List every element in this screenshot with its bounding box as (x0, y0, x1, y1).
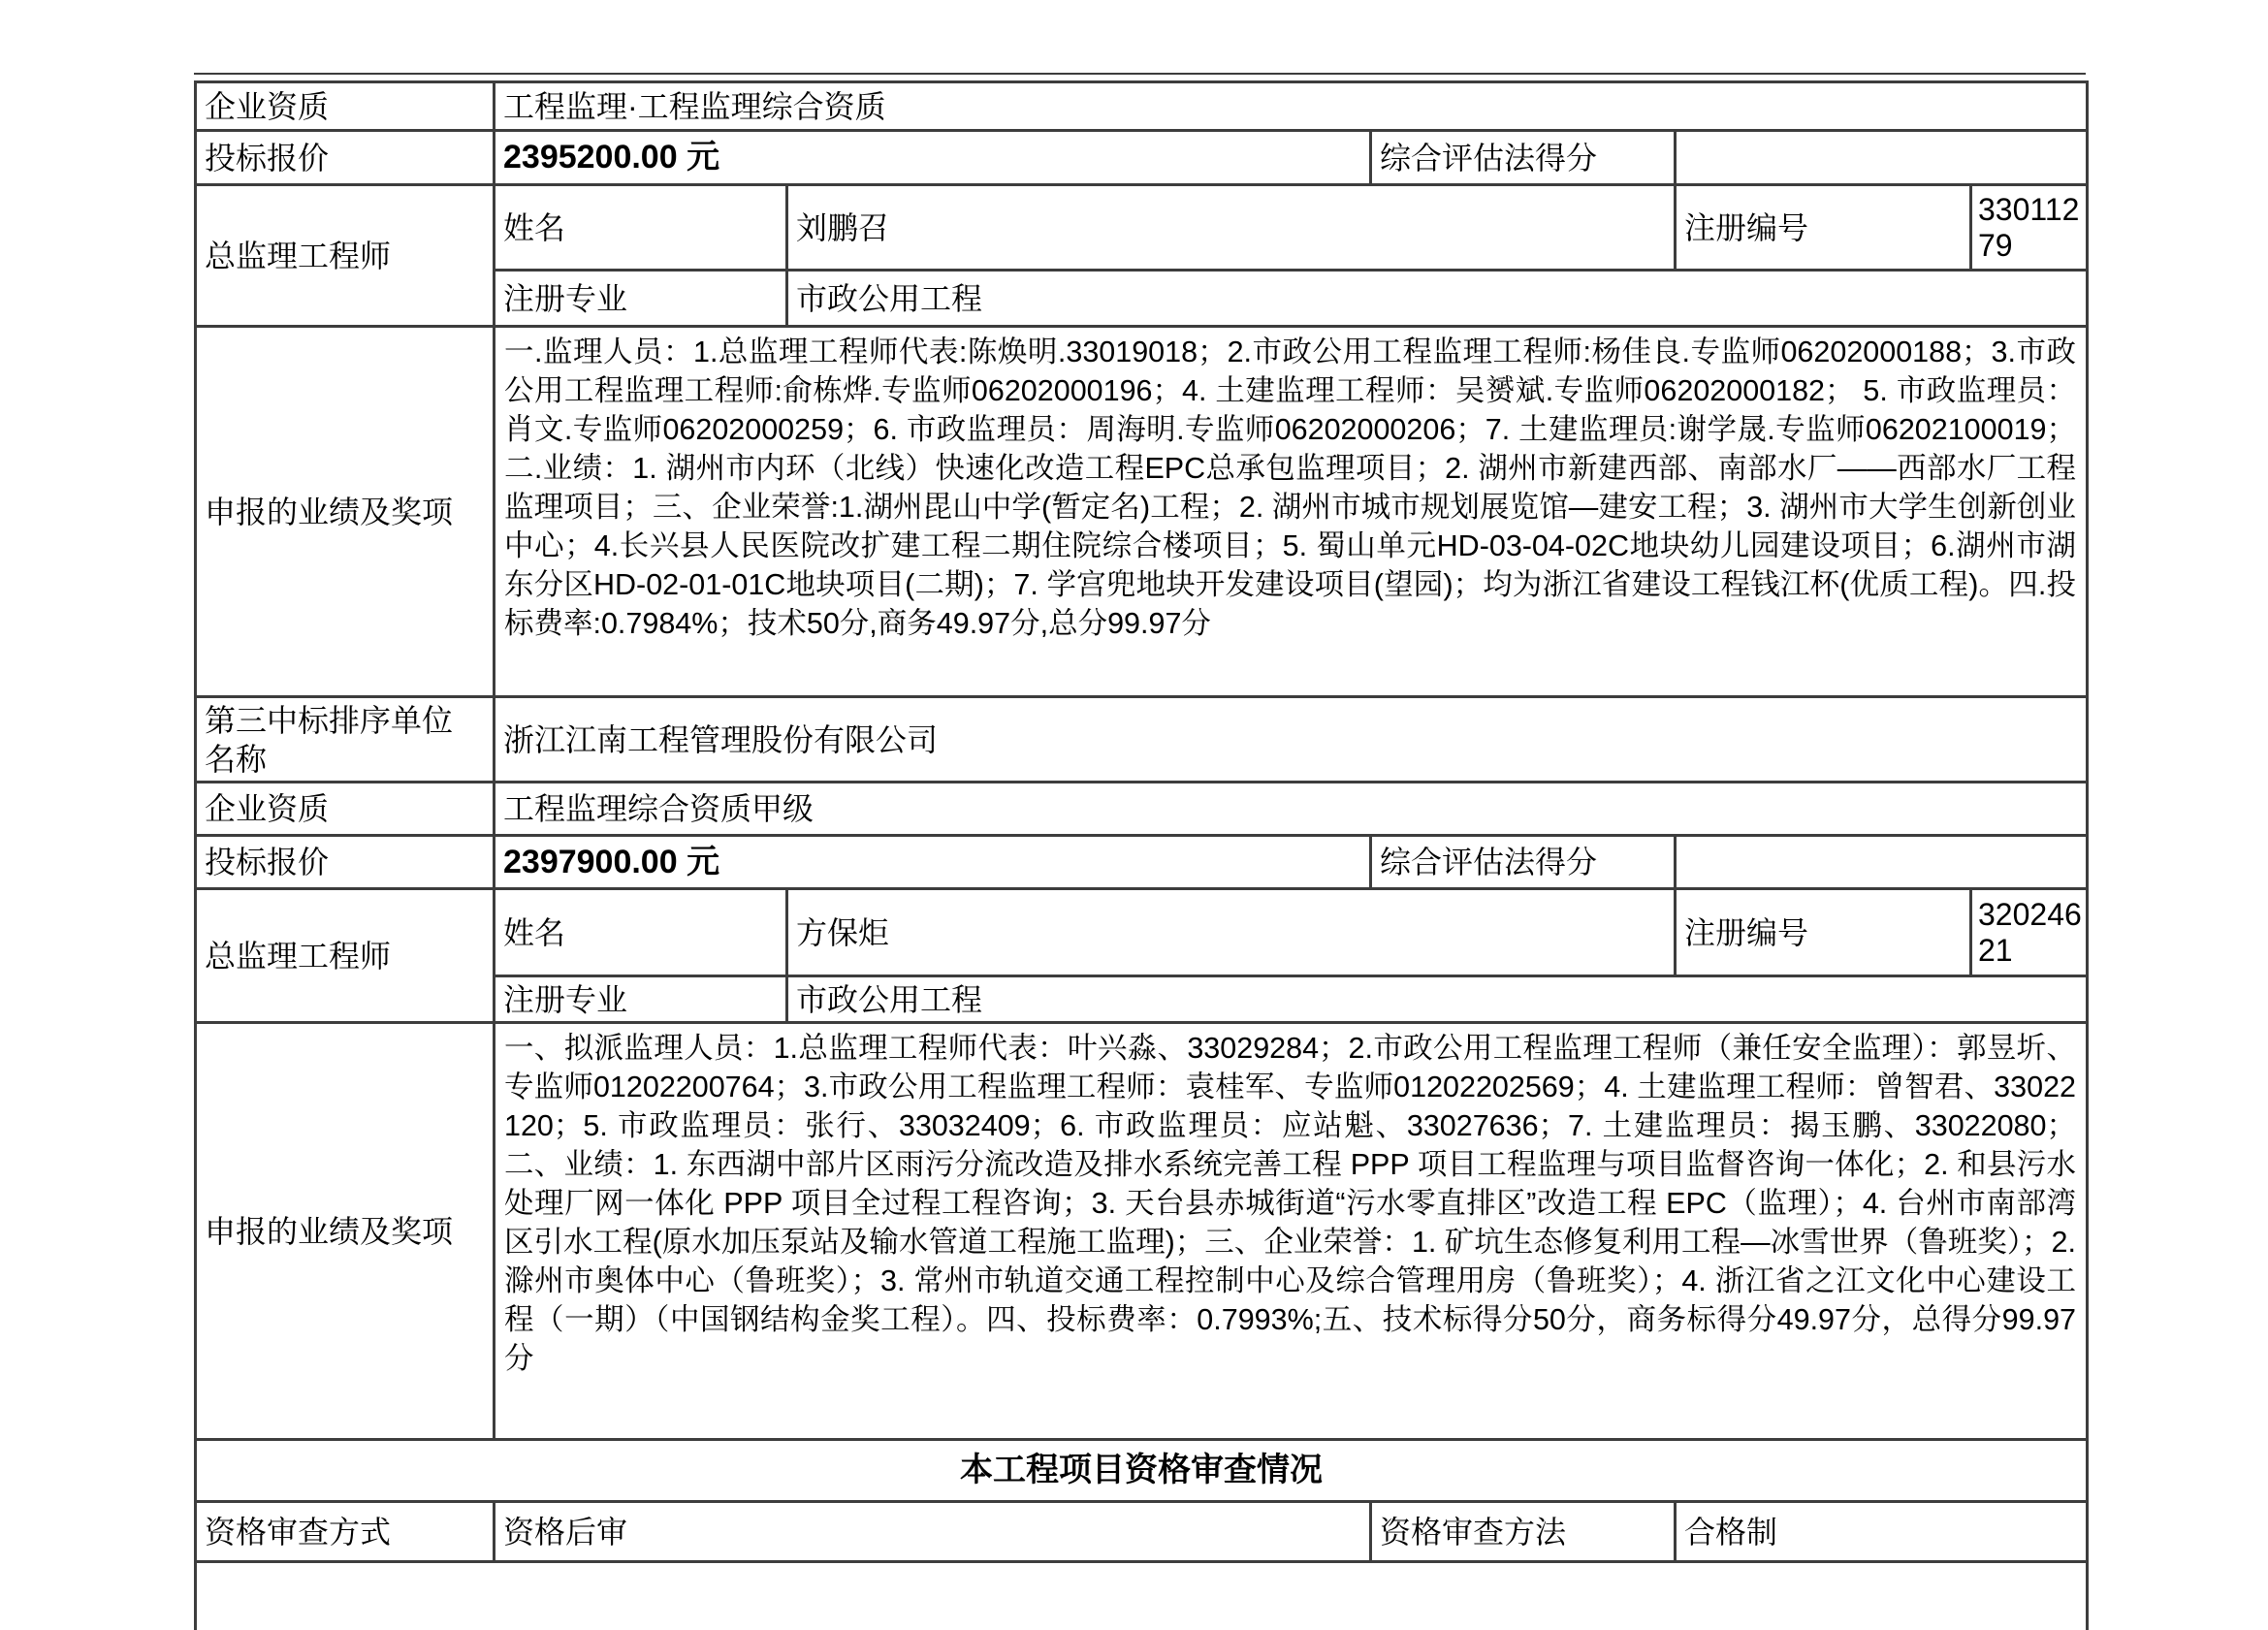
unit2-bid-price-value: 2395200.00 元 (495, 131, 1371, 185)
unit2-name-value: 刘鹏召 (787, 185, 1676, 271)
review-method-label: 资格审查方式 (196, 1502, 495, 1562)
unit2-major-value: 市政公用工程 (787, 271, 2088, 327)
row-review-section-title: 本工程项目资格审查情况 (196, 1440, 2088, 1502)
row-unit3-bid-price: 投标报价 2397900.00 元 综合评估法得分 (196, 836, 2088, 889)
row-unit3-qualification: 企业资质 工程监理综合资质甲级 (196, 783, 2088, 836)
unit3-major-value: 市政公用工程 (787, 976, 2088, 1023)
unit3-chief-engineer-label: 总监理工程师 (196, 889, 495, 1023)
unit3-achievements-label: 申报的业绩及奖项 (196, 1023, 495, 1440)
unit3-major-label: 注册专业 (495, 976, 787, 1023)
row-unit3-name: 第三中标排序单位名称 浙江江南工程管理股份有限公司 (196, 697, 2088, 783)
unit2-chief-engineer-label: 总监理工程师 (196, 185, 495, 327)
unit3-reg-no-value: 32024621 (1971, 889, 2088, 976)
unit2-name-label: 姓名 (495, 185, 787, 271)
partial-row-cell (196, 1562, 2088, 1604)
row-unit2-achievements: 申报的业绩及奖项 一.监理人员：1.总监理工程师代表:陈焕明.33019018；… (196, 327, 2088, 697)
row-unit2-bid-price: 投标报价 2395200.00 元 综合评估法得分 (196, 131, 2088, 185)
unit3-qualification-value: 工程监理综合资质甲级 (495, 783, 2088, 836)
unit3-rank-name-label: 第三中标排序单位名称 (196, 697, 495, 783)
unit2-eval-score-value (1676, 131, 2088, 185)
review-approach-value: 合格制 (1676, 1502, 2088, 1562)
unit2-eval-score-label: 综合评估法得分 (1371, 131, 1676, 185)
unit2-achievements-value: 一.监理人员：1.总监理工程师代表:陈焕明.33019018；2.市政公用工程监… (495, 327, 2088, 697)
bid-evaluation-table: 企业资质 工程监理·工程监理综合资质 投标报价 2395200.00 元 综合评… (194, 80, 2089, 1603)
unit3-name-label: 姓名 (495, 889, 787, 976)
row-unit2-qualification: 企业资质 工程监理·工程监理综合资质 (196, 82, 2088, 131)
row-partial-bottom (196, 1562, 2088, 1604)
unit2-reg-no-value: 33011279 (1971, 185, 2088, 271)
row-review-method: 资格审查方式 资格后审 资格审查方法 合格制 (196, 1502, 2088, 1562)
unit3-bid-price-value: 2397900.00 元 (495, 836, 1371, 889)
unit2-bid-price-label: 投标报价 (196, 131, 495, 185)
unit3-name-value: 方保炬 (787, 889, 1676, 976)
table-continuation-divider (194, 73, 2086, 75)
row-unit3-chief-name: 总监理工程师 姓名 方保炬 注册编号 32024621 (196, 889, 2088, 976)
review-approach-label: 资格审查方法 (1371, 1502, 1676, 1562)
unit2-achievements-label: 申报的业绩及奖项 (196, 327, 495, 697)
unit3-bid-price-label: 投标报价 (196, 836, 495, 889)
review-method-value: 资格后审 (495, 1502, 1371, 1562)
row-unit2-chief-name: 总监理工程师 姓名 刘鹏召 注册编号 33011279 (196, 185, 2088, 271)
unit3-eval-score-value (1676, 836, 2088, 889)
unit2-qualification-value: 工程监理·工程监理综合资质 (495, 82, 2088, 131)
row-unit3-achievements: 申报的业绩及奖项 一、拟派监理人员：1.总监理工程师代表：叶兴淼、3302928… (196, 1023, 2088, 1440)
unit3-eval-score-label: 综合评估法得分 (1371, 836, 1676, 889)
unit3-reg-no-label: 注册编号 (1676, 889, 1971, 976)
review-section-title: 本工程项目资格审查情况 (196, 1440, 2088, 1502)
unit3-rank-name-value: 浙江江南工程管理股份有限公司 (495, 697, 2088, 783)
unit3-achievements-value: 一、拟派监理人员：1.总监理工程师代表：叶兴淼、33029284；2.市政公用工… (495, 1023, 2088, 1440)
unit3-qualification-label: 企业资质 (196, 783, 495, 836)
unit2-reg-no-label: 注册编号 (1676, 185, 1971, 271)
unit2-major-label: 注册专业 (495, 271, 787, 327)
unit2-qualification-label: 企业资质 (196, 82, 495, 131)
